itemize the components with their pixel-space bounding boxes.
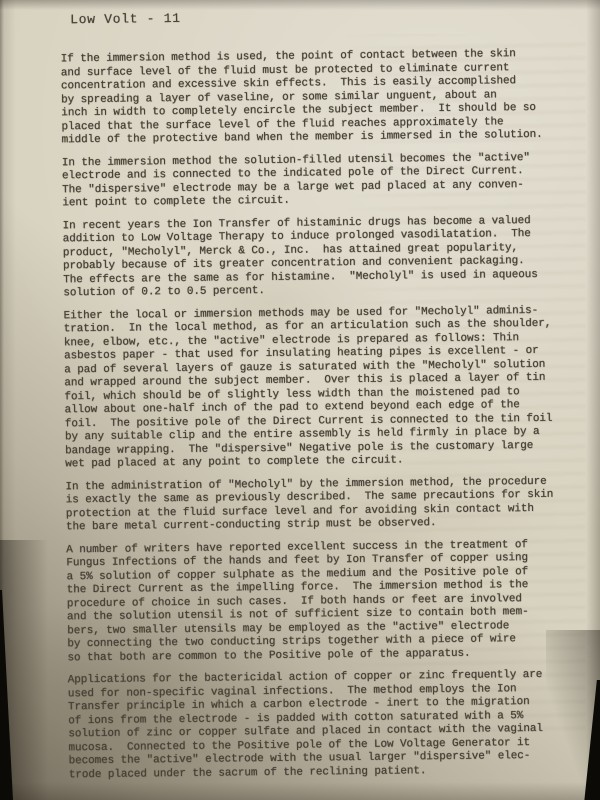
paragraph-mecholyl-immersion: In the administration of "Mecholyl" by t… [65, 475, 600, 535]
paragraph-fungus-infections: A number of writers have reported excell… [66, 538, 600, 666]
page-header: Low Volt - 11 [70, 6, 600, 27]
document-photo: Low Volt - 11 If the immersion method is… [0, 0, 600, 800]
paragraph-bactericidal-applications: Applications for the bactericidal action… [68, 668, 600, 782]
paragraph-immersion-protection: If the immersion method is used, the poi… [61, 47, 600, 148]
typed-page-content: Low Volt - 11 If the immersion method is… [0, 0, 600, 792]
paragraph-mecholyl-administration: Either the local or immersion methods ma… [64, 304, 600, 472]
paragraph-immersion-electrode: In the immersion method the solution-fil… [62, 151, 600, 211]
paragraph-ion-transfer-mecholyl: In recent years the Ion Transfer of hist… [62, 214, 600, 301]
